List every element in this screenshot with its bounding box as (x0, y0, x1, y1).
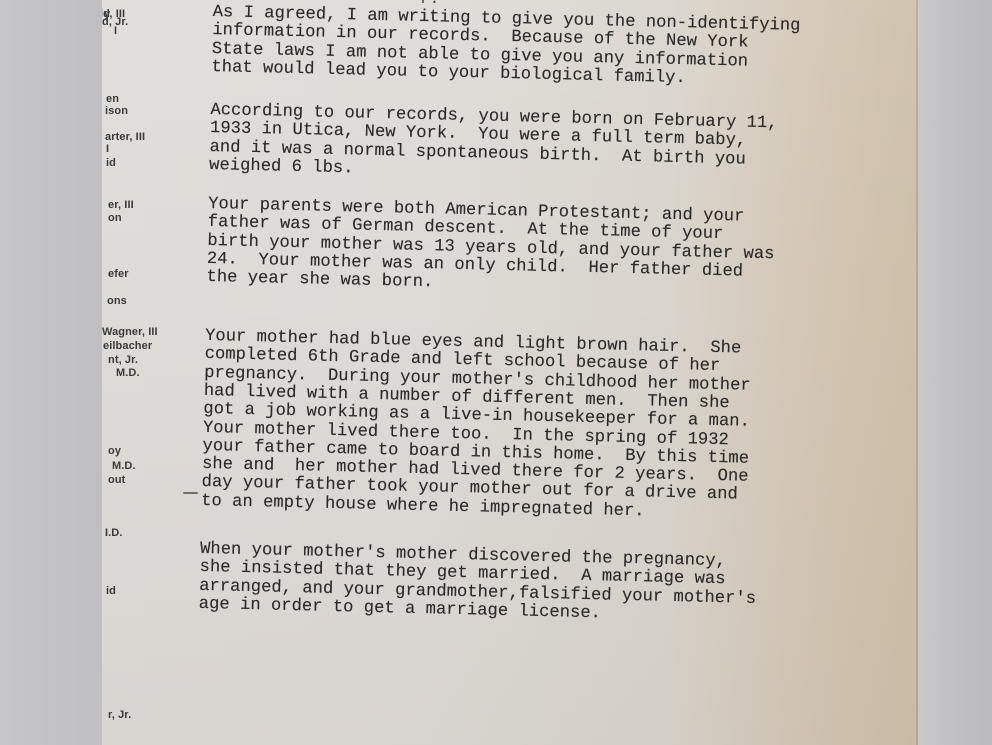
photo-stage: r: idy, IIId, Jr.Ienisonarter, IIIIider,… (0, 0, 992, 745)
margin-name: nt, Jr. (108, 354, 138, 366)
margin-name: eilbacher (103, 340, 152, 352)
letterhead-margin-names: idy, IIId, Jr.Ienisonarter, IIIIider, II… (102, 0, 202, 745)
margin-name: r, Jr. (108, 709, 131, 721)
pen-mark (183, 492, 198, 494)
margin-name: I (114, 25, 117, 37)
margin-name: arter, III (105, 131, 145, 143)
margin-name: efer (108, 268, 129, 280)
margin-name: I.D. (105, 527, 123, 539)
margin-name: out (108, 474, 125, 486)
margin-name: ons (107, 295, 127, 307)
margin-name: id (106, 585, 116, 597)
letter-line: weighed 6 lbs. (209, 156, 354, 178)
margin-name: I (106, 143, 109, 155)
margin-name: M.D. (116, 367, 140, 379)
margin-name: id (106, 157, 116, 169)
margin-name: M.D. (112, 460, 136, 472)
margin-name: Wagner, III (102, 326, 158, 338)
margin-name: on (108, 212, 122, 224)
margin-name: er, III (108, 199, 134, 211)
margin-name: ison (105, 105, 128, 117)
background-right (918, 0, 992, 745)
margin-name: oy (108, 445, 121, 457)
margin-name: en (106, 93, 119, 105)
cropped-salutation: r: (420, 0, 439, 8)
